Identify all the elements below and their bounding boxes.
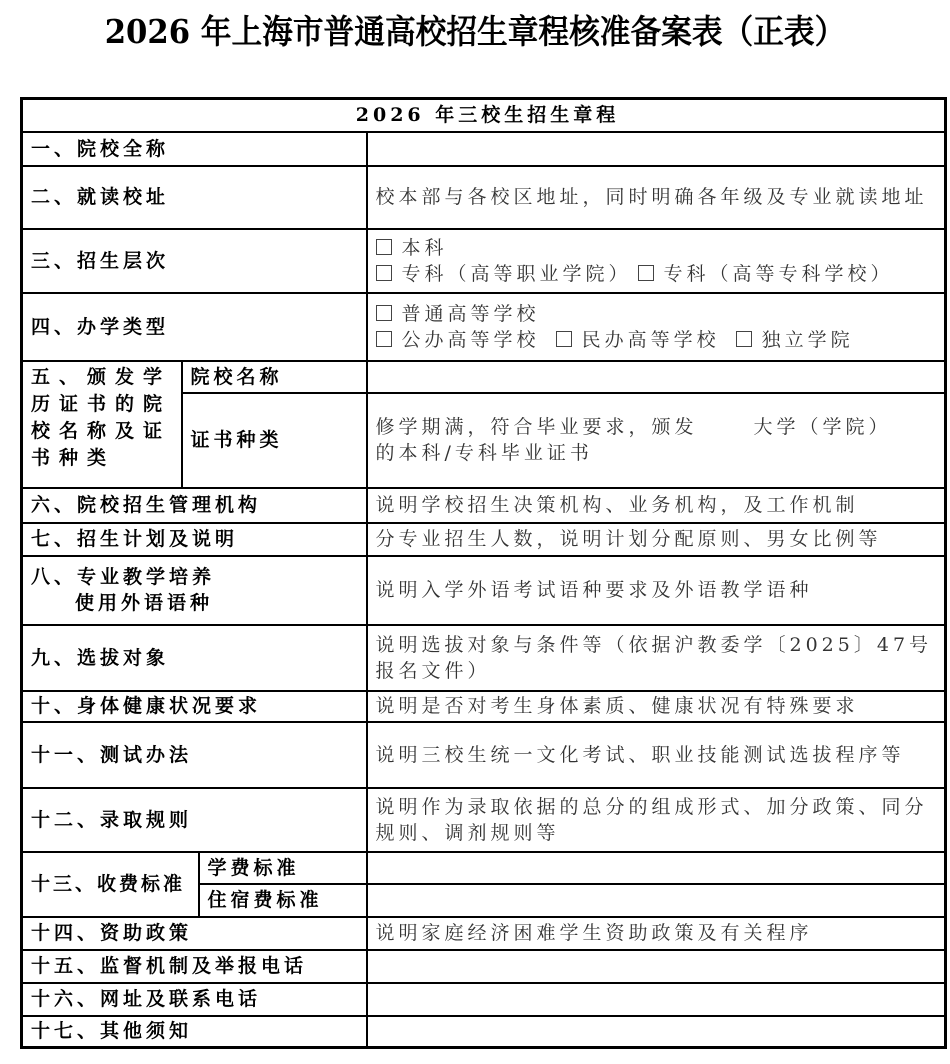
field-other-notes[interactable] bbox=[367, 1016, 946, 1048]
field-foreign-language[interactable]: 说明入学外语考试语种要求及外语教学语种 bbox=[367, 556, 946, 625]
label-selection-targets: 九、选拔对象 bbox=[22, 625, 367, 691]
field-certificate-type[interactable]: 修学期满，符合毕业要求，颁发大学（学院） 的本科/专科毕业证书 bbox=[367, 393, 946, 488]
label-website-contact: 十六、网址及联系电话 bbox=[22, 983, 367, 1016]
option-undergraduate: 本科 bbox=[402, 237, 448, 259]
label-enrollment-plan: 七、招生计划及说明 bbox=[22, 523, 367, 556]
certificate-hint-part1: 修学期满，符合毕业要求，颁发 bbox=[376, 416, 698, 438]
row-school-full-name: 一、院校全称 bbox=[22, 132, 946, 166]
checkbox-independent-college[interactable] bbox=[736, 331, 752, 347]
row-financial-aid: 十四、资助政策 说明家庭经济困难学生资助政策及有关程序 bbox=[22, 917, 946, 950]
field-website-contact[interactable] bbox=[367, 983, 946, 1016]
label-school-full-name: 一、院校全称 bbox=[22, 132, 367, 166]
field-campus-address[interactable]: 校本部与各校区地址，同时明确各年级及专业就读地址 bbox=[367, 166, 946, 229]
label-foreign-language-line1: 八、专业教学培养 bbox=[31, 564, 366, 590]
row-enrollment-plan: 七、招生计划及说明 分专业招生人数，说明计划分配原则、男女比例等 bbox=[22, 523, 946, 556]
row-foreign-language: 八、专业教学培养 使用外语语种 说明入学外语考试语种要求及外语教学语种 bbox=[22, 556, 946, 625]
label-foreign-language: 八、专业教学培养 使用外语语种 bbox=[22, 556, 367, 625]
row-admission-rules: 十二、录取规则 说明作为录取依据的总分的组成形式、加分政策、同分规则、调剂规则等 bbox=[22, 788, 946, 852]
table-header: 2026 年三校生招生章程 bbox=[22, 99, 946, 132]
row-certificate-issuer-name: 五、颁发学历证书的院校名称及证书种类 院校名称 bbox=[22, 361, 946, 393]
label-financial-aid: 十四、资助政策 bbox=[22, 917, 367, 950]
field-school-type: 普通高等学校 公办高等学校 民办高等学校 独立学院 bbox=[367, 293, 946, 361]
field-accommodation-fee[interactable] bbox=[367, 884, 946, 917]
checkbox-undergraduate[interactable] bbox=[376, 239, 392, 255]
row-selection-targets: 九、选拔对象 说明选拔对象与条件等（依据沪教委学〔2025〕47号报名文件） bbox=[22, 625, 946, 691]
charter-filing-table: 2026 年三校生招生章程 一、院校全称 二、就读校址 校本部与各校区地址，同时… bbox=[20, 97, 947, 1049]
row-health-requirements: 十、身体健康状况要求 说明是否对考生身体素质、健康状况有特殊要求 bbox=[22, 691, 946, 722]
label-issuer-school-name: 院校名称 bbox=[182, 361, 367, 393]
label-testing-methods: 十一、测试办法 bbox=[22, 722, 367, 788]
table-header-row: 2026 年三校生招生章程 bbox=[22, 99, 946, 132]
row-supervision-hotline: 十五、监督机制及举报电话 bbox=[22, 950, 946, 983]
field-enrollment-plan[interactable]: 分专业招生人数，说明计划分配原则、男女比例等 bbox=[367, 523, 946, 556]
row-admissions-office: 六、院校招生管理机构 说明学校招生决策机构、业务机构，及工作机制 bbox=[22, 488, 946, 523]
row-enrollment-level: 三、招生层次 本科 专科（高等职业学院）专科（高等专科学校） bbox=[22, 229, 946, 293]
certificate-hint-part2: 大学（学院） bbox=[754, 416, 892, 438]
checkbox-specialized-college[interactable] bbox=[638, 265, 654, 281]
row-school-type: 四、办学类型 普通高等学校 公办高等学校 民办高等学校 独立学院 bbox=[22, 293, 946, 361]
checkbox-vocational-college[interactable] bbox=[376, 265, 392, 281]
field-admission-rules[interactable]: 说明作为录取依据的总分的组成形式、加分政策、同分规则、调剂规则等 bbox=[367, 788, 946, 852]
label-foreign-language-line2: 使用外语语种 bbox=[31, 590, 366, 616]
label-school-type: 四、办学类型 bbox=[22, 293, 367, 361]
row-tuition-fee: 十三、收费标准 学费标准 bbox=[22, 852, 946, 884]
label-enrollment-level: 三、招生层次 bbox=[22, 229, 367, 293]
option-regular-university: 普通高等学校 bbox=[402, 303, 540, 325]
label-accommodation-fee: 住宿费标准 bbox=[199, 884, 367, 917]
option-public-university: 公办高等学校 bbox=[402, 329, 540, 351]
label-fee-standards: 十三、收费标准 bbox=[22, 852, 199, 917]
row-campus-address: 二、就读校址 校本部与各校区地址，同时明确各年级及专业就读地址 bbox=[22, 166, 946, 229]
campus-address-hint: 校本部与各校区地址，同时明确各年级及专业就读地址 bbox=[376, 184, 945, 210]
label-other-notes: 十七、其他须知 bbox=[22, 1016, 367, 1048]
label-certificate-issuer: 五、颁发学历证书的院校名称及证书种类 bbox=[22, 361, 182, 488]
field-tuition-fee[interactable] bbox=[367, 852, 946, 884]
checkbox-regular-university[interactable] bbox=[376, 305, 392, 321]
checkbox-public-university[interactable] bbox=[376, 331, 392, 347]
row-testing-methods: 十一、测试办法 说明三校生统一文化考试、职业技能测试选拔程序等 bbox=[22, 722, 946, 788]
label-admissions-office: 六、院校招生管理机构 bbox=[22, 488, 367, 523]
certificate-hint-line2: 的本科/专科毕业证书 bbox=[376, 440, 945, 466]
field-school-full-name[interactable] bbox=[367, 132, 946, 166]
field-health-requirements[interactable]: 说明是否对考生身体素质、健康状况有特殊要求 bbox=[367, 691, 946, 722]
label-supervision-hotline: 十五、监督机制及举报电话 bbox=[22, 950, 367, 983]
label-tuition-fee: 学费标准 bbox=[199, 852, 367, 884]
field-testing-methods[interactable]: 说明三校生统一文化考试、职业技能测试选拔程序等 bbox=[367, 722, 946, 788]
field-financial-aid[interactable]: 说明家庭经济困难学生资助政策及有关程序 bbox=[367, 917, 946, 950]
checkbox-private-university[interactable] bbox=[556, 331, 572, 347]
field-selection-targets[interactable]: 说明选拔对象与条件等（依据沪教委学〔2025〕47号报名文件） bbox=[367, 625, 946, 691]
field-issuer-school-name[interactable] bbox=[367, 361, 946, 393]
label-health-requirements: 十、身体健康状况要求 bbox=[22, 691, 367, 722]
row-website-contact: 十六、网址及联系电话 bbox=[22, 983, 946, 1016]
option-vocational-college: 专科（高等职业学院） bbox=[402, 263, 632, 285]
document-title: 2026 年上海市普通高校招生章程核准备案表（正表） bbox=[33, 10, 917, 54]
option-private-university: 民办高等学校 bbox=[582, 329, 720, 351]
option-independent-college: 独立学院 bbox=[762, 329, 854, 351]
label-campus-address: 二、就读校址 bbox=[22, 166, 367, 229]
field-admissions-office[interactable]: 说明学校招生决策机构、业务机构，及工作机制 bbox=[367, 488, 946, 523]
label-admission-rules: 十二、录取规则 bbox=[22, 788, 367, 852]
field-supervision-hotline[interactable] bbox=[367, 950, 946, 983]
field-enrollment-level: 本科 专科（高等职业学院）专科（高等专科学校） bbox=[367, 229, 946, 293]
row-other-notes: 十七、其他须知 bbox=[22, 1016, 946, 1048]
option-specialized-college: 专科（高等专科学校） bbox=[664, 263, 894, 285]
label-certificate-type: 证书种类 bbox=[182, 393, 367, 488]
